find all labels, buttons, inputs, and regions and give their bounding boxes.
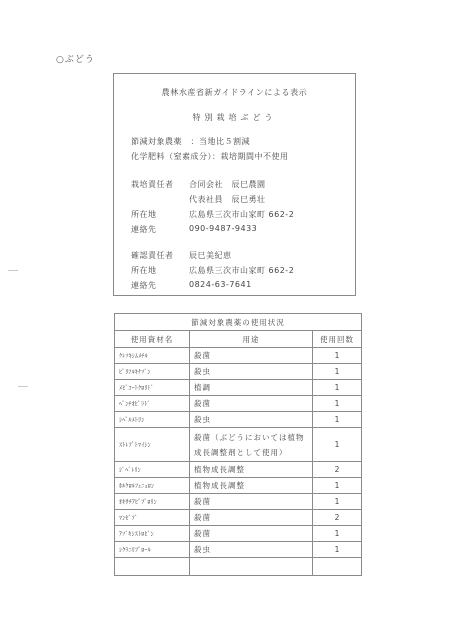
- use-count: 1: [313, 364, 362, 380]
- use-count: 1: [313, 428, 362, 462]
- material-name: ｼﾍﾟﾙﾒﾄﾘﾝ: [115, 412, 190, 428]
- verifier-name: 辰巳美紀恵: [189, 250, 232, 261]
- material-name: [115, 558, 190, 576]
- grower-phone: 090-9487-9433: [189, 224, 257, 235]
- table-caption-row: 節減対象農薬の使用状況: [115, 314, 362, 331]
- use-count: 1: [313, 526, 362, 542]
- table-row: ｱｿﾞｷｼｽﾄﾛﾋﾞﾝ 殺菌 1: [115, 526, 362, 542]
- grower-representative: 代表社員 辰巳勇壮: [189, 194, 266, 205]
- purpose: 殺菌: [190, 396, 313, 412]
- table-row-empty: [115, 558, 362, 576]
- table-row: ﾏﾝｾﾞﾌﾞ 殺菌 2: [115, 510, 362, 526]
- scan-artifact: [8, 270, 18, 271]
- grower-address-row: 所在地 広島県三次市山家町 662-2: [131, 209, 294, 220]
- grower-address-label: 所在地: [131, 209, 189, 220]
- table-row: ｼﾞﾍﾞﾚﾘﾝ 植物成長調整 2: [115, 462, 362, 478]
- material-name: ｸﾚｿｷｼﾑﾒﾁﾙ: [115, 348, 190, 364]
- purpose: 殺虫: [190, 542, 313, 558]
- purpose: 殺虫: [190, 412, 313, 428]
- purpose: [190, 558, 313, 576]
- material-name: ﾎﾙｸﾛﾙﾌｪﾆｭﾛﾝ: [115, 478, 190, 494]
- verifier-address-label: 所在地: [131, 265, 189, 276]
- table-row: ﾍﾟﾝﾁｵﾋﾟﾗﾄﾞ 殺菌 1: [115, 396, 362, 412]
- use-count: 1: [313, 542, 362, 558]
- table-row: ｼｸﾗﾆﾘﾌﾟﾛｰﾙ 殺虫 1: [115, 542, 362, 558]
- material-name: ﾒﾋﾟｺｰﾄｸﾛﾘﾄﾞ: [115, 380, 190, 396]
- table-row: ﾋﾟﾘﾌﾙｷﾅｿﾞﾝ 殺虫 1: [115, 364, 362, 380]
- grower-contact-row: 連絡先 090-9487-9433: [131, 224, 257, 235]
- use-count: 1: [313, 380, 362, 396]
- page-heading: ○ぶどう: [56, 52, 95, 65]
- purpose: 殺菌: [190, 348, 313, 364]
- use-count: 2: [313, 462, 362, 478]
- table-row: ｼﾍﾟﾙﾒﾄﾘﾝ 殺虫 1: [115, 412, 362, 428]
- purpose: 殺菌: [190, 494, 313, 510]
- verifier-address-row: 所在地 広島県三次市山家町 662-2: [131, 265, 294, 276]
- purpose: 植物成長調整: [190, 462, 313, 478]
- use-count: 1: [313, 478, 362, 494]
- use-count: 1: [313, 396, 362, 412]
- verifier-phone: 0824-63-7641: [189, 280, 252, 291]
- material-name: ｽﾄﾚﾌﾟﾄﾏｲｼﾝ: [115, 428, 190, 462]
- product-label-box: 農林水産省新ガイドラインによる表示 特別栽培ぶどう 節減対象農薬 ：当地比５割減…: [113, 73, 356, 296]
- material-name: ｱｿﾞｷｼｽﾄﾛﾋﾞﾝ: [115, 526, 190, 542]
- purpose: 殺菌: [190, 510, 313, 526]
- material-name: ﾏﾝｾﾞﾌﾞ: [115, 510, 190, 526]
- table-caption: 節減対象農薬の使用状況: [115, 314, 362, 331]
- header-material-name: 使用資材名: [115, 331, 190, 348]
- material-name: ﾋﾟﾘﾌﾙｷﾅｿﾞﾝ: [115, 364, 190, 380]
- material-name: ﾍﾟﾝﾁｵﾋﾟﾗﾄﾞ: [115, 396, 190, 412]
- scan-artifact: [18, 386, 28, 387]
- pesticide-reduction-line: 節減対象農薬 ：当地比５割減: [131, 136, 250, 147]
- fertilizer-line: 化学肥料（窒素成分）：栽培期間中不使用: [131, 151, 289, 162]
- grower-company: 合同会社 辰巳農園: [189, 179, 266, 190]
- table-row: ﾒﾋﾟｺｰﾄｸﾛﾘﾄﾞ 植調 1: [115, 380, 362, 396]
- verifier-contact-row: 連絡先 0824-63-7641: [131, 280, 252, 291]
- use-count: [313, 558, 362, 576]
- table-row: ｵｷｻﾁｱﾋﾟﾌﾟﾛﾘﾝ 殺菌 1: [115, 494, 362, 510]
- purpose: 植物成長調整: [190, 478, 313, 494]
- use-count: 1: [313, 412, 362, 428]
- table-header-row: 使用資材名 用途 使用回数: [115, 331, 362, 348]
- use-count: 2: [313, 510, 362, 526]
- verifier-role-label: 確認責任者: [131, 250, 189, 261]
- grower-representative-row: 代表社員 辰巳勇壮: [131, 194, 266, 205]
- label-subtitle: 特別栽培ぶどう: [114, 112, 355, 123]
- material-name: ｵｷｻﾁｱﾋﾟﾌﾟﾛﾘﾝ: [115, 494, 190, 510]
- material-name: ｼｸﾗﾆﾘﾌﾟﾛｰﾙ: [115, 542, 190, 558]
- use-count: 1: [313, 494, 362, 510]
- table-row: ｸﾚｿｷｼﾑﾒﾁﾙ 殺菌 1: [115, 348, 362, 364]
- purpose: 殺虫: [190, 364, 313, 380]
- verifier-contact-label: 連絡先: [131, 280, 189, 291]
- label-title: 農林水産省新ガイドラインによる表示: [114, 87, 355, 98]
- pesticide-usage-table: 節減対象農薬の使用状況 使用資材名 用途 使用回数 ｸﾚｿｷｼﾑﾒﾁﾙ 殺菌 1…: [114, 313, 362, 576]
- table-row: ﾎﾙｸﾛﾙﾌｪﾆｭﾛﾝ 植物成長調整 1: [115, 478, 362, 494]
- grower-contact-label: 連絡先: [131, 224, 189, 235]
- material-name: ｼﾞﾍﾞﾚﾘﾝ: [115, 462, 190, 478]
- grower-address: 広島県三次市山家町 662-2: [189, 209, 294, 220]
- purpose: 殺菌: [190, 526, 313, 542]
- purpose: 植調: [190, 380, 313, 396]
- table-row: ｽﾄﾚﾌﾟﾄﾏｲｼﾝ 殺菌（ぶどうにおいては植物成長調整剤として使用） 1: [115, 428, 362, 462]
- verifier-row: 確認責任者 辰巳美紀恵: [131, 250, 232, 261]
- header-purpose: 用途: [190, 331, 313, 348]
- purpose: 殺菌（ぶどうにおいては植物成長調整剤として使用）: [190, 428, 313, 462]
- header-use-count: 使用回数: [313, 331, 362, 348]
- grower-role-label: 栽培責任者: [131, 179, 189, 190]
- use-count: 1: [313, 348, 362, 364]
- grower-row: 栽培責任者 合同会社 辰巳農園: [131, 179, 266, 190]
- verifier-address: 広島県三次市山家町 662-2: [189, 265, 294, 276]
